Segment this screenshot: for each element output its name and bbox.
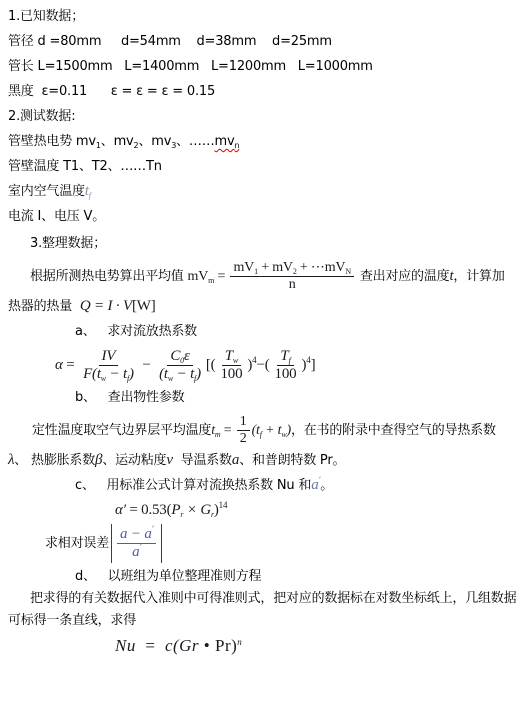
nu-equals: =: [136, 636, 165, 655]
alpha-f1-den: F(tw − tf): [80, 366, 137, 383]
nu-formula-line: Nu = c(Gr • Pr)n: [8, 637, 516, 656]
alpha-f4n-1: f: [289, 356, 291, 365]
rel-err-n1: a − a: [120, 526, 152, 542]
emissivity-line: 黑度 ε=0.11 ε = ε = ε = 0.15: [8, 83, 516, 100]
alpha-f4n-0: T: [280, 348, 288, 364]
alpha-left-bracket: [(: [206, 357, 216, 373]
alpha-formula-line: α = IVF(tw − tf) − C0ε(tw − tf)[(Tw100)4…: [8, 348, 516, 384]
avg-equals: =: [214, 269, 228, 284]
alpha-f1d-4: ): [129, 366, 134, 382]
alpha-p-lhs: α: [115, 502, 123, 518]
avg-p1: + mV: [258, 260, 293, 275]
alpha-prime-inline: a′: [311, 477, 320, 493]
section-3-heading: 3.整理数据；: [8, 235, 516, 252]
item-a-line: a、 求对流放热系数: [8, 323, 516, 340]
document-page: 1.已知数据； 管径 d =80mm d=54mm d=38mm d=25mm …: [0, 0, 522, 656]
alpha-f4-den: 100: [272, 366, 300, 383]
nu-lhs: Nu: [115, 636, 136, 655]
nu-dot: •: [204, 636, 215, 655]
emf-lead: 管壁热电势 mv: [8, 134, 96, 149]
paragraph-line-1: 把求得的有关数据代入准则中可得准则式，把对应的数据标在对数坐标纸上，几组数据: [8, 590, 516, 607]
pipe-diameter-line: 管径 d =80mm d=54mm d=38mm d=25mm: [8, 33, 516, 50]
air-temp-line: 室内空气温度tf: [8, 183, 516, 200]
emf-dots: 、……: [176, 134, 214, 149]
emf-last-sub: n: [234, 141, 239, 150]
relative-error-label: 求相对误差: [45, 536, 109, 551]
alpha-mid-minus: −(: [256, 357, 269, 373]
tm-equals: =: [220, 423, 234, 438]
current-voltage-line: 电流 I、电压 V。: [8, 208, 516, 225]
props-text-3: 导温系数: [173, 453, 232, 468]
item-b-line: b、 查出物性参数: [8, 389, 516, 406]
air-temp-sub: f: [89, 191, 91, 200]
avg-n3-sub: N: [345, 267, 351, 276]
alpha-f3n-1: w: [233, 356, 238, 365]
emf-mid-2: 、mv: [101, 134, 134, 149]
avg-denominator: n: [286, 277, 299, 293]
properties-line: λ、 热膨胀系数β、运动粘度ν 导温系数a、和普朗特数 Pr。: [8, 452, 516, 469]
tm-fraction: 12: [237, 414, 250, 447]
film-temp-line: 定性温度取空气边界层平均温度tm = 12(tf + tw)，在书的附录中查得空…: [8, 414, 516, 447]
alpha-formula: α = IVF(tw − tf) − C0ε(tw − tf)[(Tw100)4…: [55, 357, 315, 373]
avg-tail-2: ，计算加: [453, 269, 504, 284]
alpha-f2n-0: C: [170, 348, 180, 364]
alpha-equals: =: [63, 357, 78, 373]
wall-temp-line: 管壁温度 T1、T2、……Tn: [8, 158, 516, 175]
props-text-4: 、和普朗特数 Pr。: [239, 453, 345, 468]
avg-tail-1: 查出对应的温度: [356, 269, 450, 284]
alpha-p-equals: =: [126, 502, 141, 518]
emf-mid-3: 、mv: [138, 134, 171, 149]
nu-exponent: n: [237, 637, 242, 647]
tm-r1: (t: [252, 423, 260, 438]
alpha-f4-num: Tf: [277, 348, 293, 366]
item-d-line: d、 以班组为单位整理准则方程: [8, 568, 516, 585]
alpha-prime-formula-line: α′ = 0.53(Pr × Gr)14: [8, 502, 516, 519]
relative-error-fraction: a − a′a′: [111, 524, 162, 564]
emf-line: 管壁热电势 mv1、mv2、mv3、……mvn: [8, 133, 516, 150]
rel-err-d1-prime: ′: [139, 542, 141, 552]
air-temp-label: 室内空气温度: [8, 184, 85, 199]
emf-last-misspelled: mvn: [215, 134, 240, 149]
item-c-line: c、 用标准公式计算对流换热系数 Nu 和a′。: [8, 477, 516, 494]
alpha-f2d-4: ): [196, 366, 201, 382]
heat-formula-line: 热器的热量 Q = I · V[W]: [8, 298, 516, 315]
avg-lead: 根据所测热电势算出平均值: [30, 269, 188, 284]
alpha-f2-num: C0ε: [167, 348, 192, 366]
item-c-period: 。: [320, 478, 333, 493]
film-temp-tail: ，在书的附录中查得空气的导热系数: [291, 423, 496, 438]
avg-numerator: mV1 + mV2 + ⋯mVN: [230, 260, 353, 277]
rel-err-n1-prime: ′: [152, 524, 154, 534]
alpha-f2d-0: (t: [159, 366, 168, 382]
alpha-f2n-2: ε: [184, 348, 190, 364]
heat-label: 热器的热量: [8, 299, 80, 314]
rel-err-numerator: a − a′: [117, 526, 156, 544]
alpha-f1d-2: − t: [106, 366, 127, 382]
avg-fraction: mV1 + mV2 + ⋯mVNn: [230, 260, 353, 293]
avg-formula: mVm = mV1 + mV2 + ⋯mVNn: [188, 269, 356, 284]
section-1-heading: 1.已知数据；: [8, 8, 516, 25]
emf-last-base: mv: [215, 134, 235, 149]
nu-rhs-2: Pr): [215, 636, 237, 655]
alpha-f3-den: 100: [217, 366, 245, 383]
props-text-1: 、 热膨胀系数: [14, 453, 95, 468]
item-c-text: c、 用标准公式计算对流换热系数 Nu 和: [75, 478, 311, 493]
avg-mv: mV: [188, 269, 209, 284]
heat-unit: [W]: [132, 298, 156, 314]
avg-n1: mV: [233, 260, 254, 275]
alpha-minus: −: [139, 357, 154, 373]
props-text-2: 、运动粘度: [102, 453, 166, 468]
alpha-f2-den: (tw − tf): [156, 366, 204, 383]
alpha-prime-formula: α′ = 0.53(Pr × Gr)14: [115, 502, 227, 518]
relative-error-line: 求相对误差a − a′a′: [8, 524, 516, 564]
avg-p2: + ⋯mV: [297, 260, 346, 275]
alpha-f3n-0: T: [225, 348, 233, 364]
avg-emf-formula-line: 根据所测热电势算出平均值 mVm = mV1 + mV2 + ⋯mVNn 查出对…: [8, 260, 516, 293]
tm-frac-num: 1: [237, 414, 250, 431]
alpha-p-times-G: × G: [183, 502, 211, 518]
alpha-f1d-0: F(t: [83, 366, 101, 382]
alpha-fraction-3: Tw100: [217, 348, 245, 384]
alpha-right-bracket: ]: [311, 357, 316, 373]
alpha-lhs: α: [55, 357, 63, 373]
rel-err-denominator: a′: [129, 544, 144, 561]
pipe-length-line: 管长 L=1500mm L=1400mm L=1200mm L=1000mm: [8, 58, 516, 75]
air-temp-symbol: tf: [85, 183, 91, 199]
alpha-fraction-1: IVF(tw − tf): [80, 348, 137, 384]
alpha-f3-num: Tw: [222, 348, 241, 366]
nu-formula: Nu = c(Gr • Pr)n: [115, 636, 242, 655]
tm-r2: + t: [262, 423, 282, 438]
relative-error-formula: a − a′a′: [109, 535, 164, 551]
alpha-f1-num: IV: [99, 348, 119, 366]
item-c-a: a: [311, 477, 318, 493]
tm-frac-den: 2: [237, 431, 250, 447]
alpha-p-coef: 0.53(: [141, 502, 171, 518]
alpha-f2d-2: − t: [173, 366, 194, 382]
section-2-heading: 2.测试数据:: [8, 108, 516, 125]
paragraph-line-2: 可标得一条直线，求得: [8, 612, 516, 629]
heat-formula: Q = I · V: [80, 298, 132, 314]
film-temp-formula: tm = 12(tf + tw): [211, 423, 291, 438]
film-temp-lead: 定性温度取空气边界层平均温度: [32, 423, 211, 438]
alpha-p-exponent: 14: [219, 500, 228, 510]
nu-rhs-1: c(Gr: [165, 636, 204, 655]
alpha-fraction-2: C0ε(tw − tf): [156, 348, 204, 384]
alpha-fraction-4: Tf100: [272, 348, 300, 384]
